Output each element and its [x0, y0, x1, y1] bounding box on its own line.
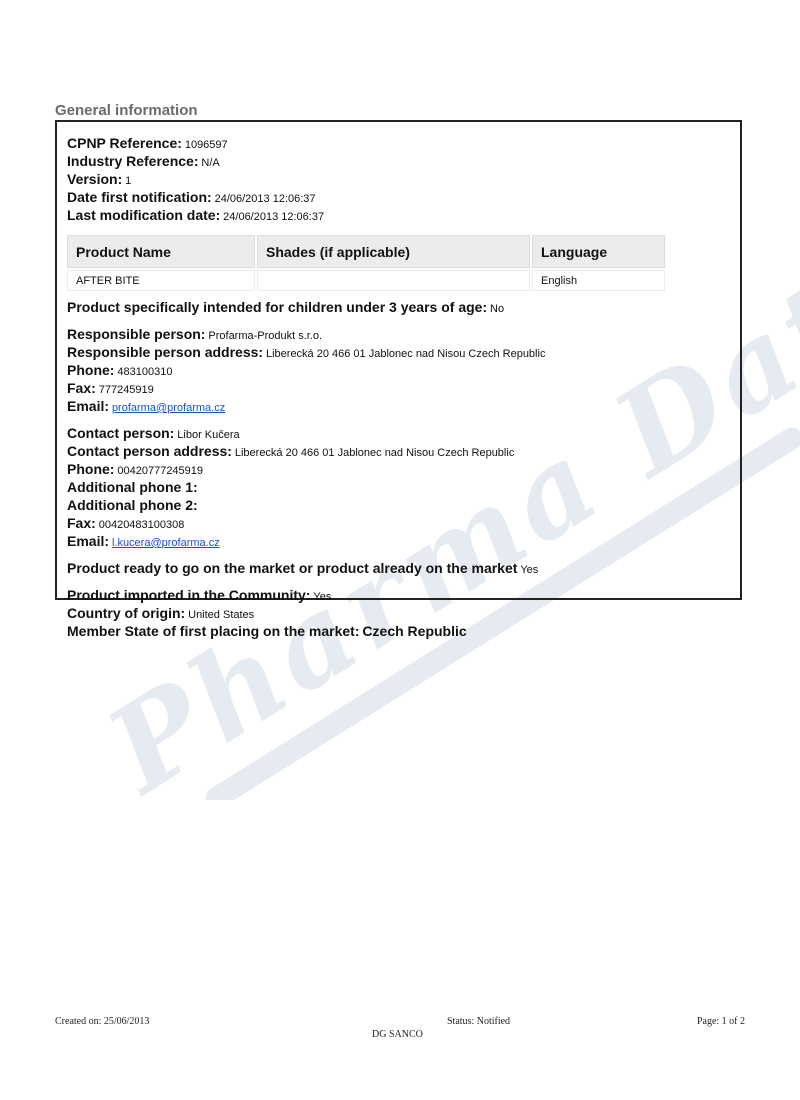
children-label: Product specifically intended for childr… — [67, 299, 487, 315]
version-label: Version: — [67, 171, 122, 187]
imported-label: Product imported in the Community: — [67, 587, 310, 603]
responsible-address-row: Responsible person address: Liberecká 20… — [67, 344, 730, 362]
table-row: AFTER BITE English — [67, 270, 665, 291]
footer-organization: DG SANCO — [372, 1029, 423, 1040]
column-header-language: Language — [532, 235, 665, 268]
responsible-address-label: Responsible person address: — [67, 344, 263, 360]
contact-address-label: Contact person address: — [67, 443, 232, 459]
table-header-row: Product Name Shades (if applicable) Lang… — [67, 235, 665, 268]
contact-person-label: Contact person: — [67, 425, 174, 441]
contact-person-row: Contact person: Libor Kučera — [67, 425, 730, 443]
first-notification-label: Date first notification: — [67, 189, 212, 205]
industry-reference-label: Industry Reference: — [67, 153, 198, 169]
market-ready-label: Product ready to go on the market or pro… — [67, 560, 517, 576]
market-ready-value: Yes — [520, 564, 538, 576]
version-value: 1 — [125, 175, 131, 187]
responsible-person-row: Responsible person: Profarma-Produkt s.r… — [67, 326, 730, 344]
member-state-label: Member State of first placing on the mar… — [67, 623, 360, 639]
children-value: No — [490, 303, 504, 315]
column-header-shades: Shades (if applicable) — [257, 235, 530, 268]
last-modification-value: 24/06/2013 12:06:37 — [223, 211, 324, 223]
language-cell: English — [532, 270, 665, 291]
responsible-phone-row: Phone: 483100310 — [67, 362, 730, 380]
contact-person-value: Libor Kučera — [177, 429, 239, 441]
contact-email-link[interactable]: l.kucera@profarma.cz — [112, 537, 220, 549]
contact-phone-row: Phone: 00420777245919 — [67, 461, 730, 479]
imported-row: Product imported in the Community: Yes — [67, 587, 730, 605]
additional-phone-1-row: Additional phone 1: — [67, 479, 730, 497]
products-table: Product Name Shades (if applicable) Lang… — [65, 233, 667, 293]
member-state-row: Member State of first placing on the mar… — [67, 623, 730, 641]
industry-reference-row: Industry Reference: N/A — [67, 153, 730, 171]
contact-phone-label: Phone: — [67, 461, 114, 477]
market-ready-row: Product ready to go on the market or pro… — [67, 560, 730, 578]
contact-fax-label: Fax: — [67, 515, 96, 531]
first-notification-row: Date first notification: 24/06/2013 12:0… — [67, 189, 730, 207]
section-title: General information — [55, 102, 198, 119]
additional-phone-2-label: Additional phone 2: — [67, 497, 198, 513]
version-row: Version: 1 — [67, 171, 730, 189]
responsible-email-row: Email: profarma@profarma.cz — [67, 398, 730, 416]
column-header-product-name: Product Name — [67, 235, 255, 268]
product-name-cell: AFTER BITE — [67, 270, 255, 291]
country-origin-row: Country of origin: United States — [67, 605, 730, 623]
responsible-fax-label: Fax: — [67, 380, 96, 396]
footer-created: Created on: 25/06/2013 — [55, 1016, 149, 1027]
country-origin-label: Country of origin: — [67, 605, 185, 621]
contact-fax-value: 00420483100308 — [99, 519, 185, 531]
contact-address-value: Liberecká 20 466 01 Jablonec nad Nisou C… — [235, 447, 514, 459]
general-information-panel: CPNP Reference: 1096597 Industry Referen… — [55, 120, 742, 600]
responsible-fax-row: Fax: 777245919 — [67, 380, 730, 398]
last-modification-row: Last modification date: 24/06/2013 12:06… — [67, 207, 730, 225]
first-notification-value: 24/06/2013 12:06:37 — [215, 193, 316, 205]
responsible-phone-label: Phone: — [67, 362, 114, 378]
responsible-address-value: Liberecká 20 466 01 Jablonec nad Nisou C… — [266, 348, 545, 360]
cpnp-reference-label: CPNP Reference: — [67, 135, 182, 151]
contact-email-row: Email: l.kucera@profarma.cz — [67, 533, 730, 551]
responsible-fax-value: 777245919 — [99, 384, 154, 396]
cpnp-reference-value: 1096597 — [185, 139, 228, 151]
footer-status: Status: Notified — [447, 1016, 510, 1027]
contact-phone-value: 00420777245919 — [117, 465, 203, 477]
member-state-value: Czech Republic — [362, 623, 466, 639]
imported-value: Yes — [313, 591, 331, 603]
footer-page-number: Page: 1 of 2 — [697, 1016, 745, 1027]
shades-cell — [257, 270, 530, 291]
contact-address-row: Contact person address: Liberecká 20 466… — [67, 443, 730, 461]
responsible-phone-value: 483100310 — [117, 366, 172, 378]
children-row: Product specifically intended for childr… — [67, 299, 730, 317]
last-modification-label: Last modification date: — [67, 207, 220, 223]
additional-phone-1-label: Additional phone 1: — [67, 479, 198, 495]
responsible-email-label: Email: — [67, 398, 109, 414]
contact-email-label: Email: — [67, 533, 109, 549]
cpnp-reference-row: CPNP Reference: 1096597 — [67, 135, 730, 153]
contact-fax-row: Fax: 00420483100308 — [67, 515, 730, 533]
responsible-person-value: Profarma-Produkt s.r.o. — [208, 330, 322, 342]
country-origin-value: United States — [188, 609, 254, 621]
responsible-email-link[interactable]: profarma@profarma.cz — [112, 402, 225, 414]
additional-phone-2-row: Additional phone 2: — [67, 497, 730, 515]
responsible-person-label: Responsible person: — [67, 326, 205, 342]
industry-reference-value: N/A — [201, 157, 219, 169]
